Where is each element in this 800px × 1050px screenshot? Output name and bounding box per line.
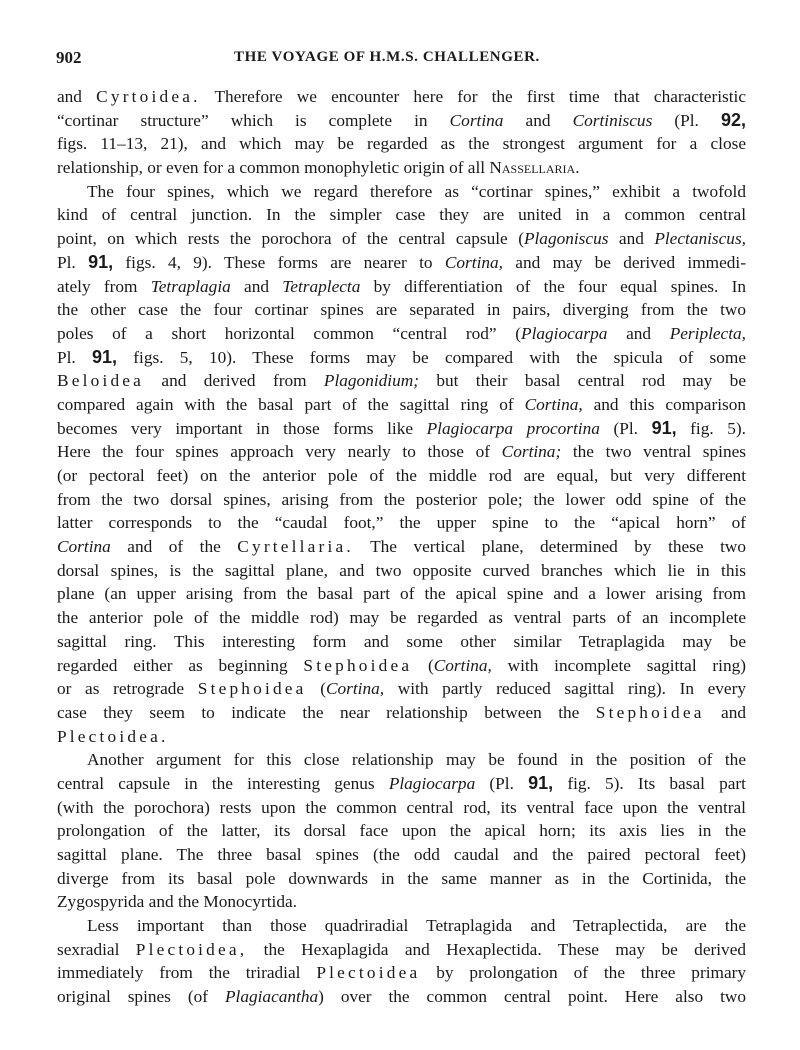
text-line: relationship, or even for a common monop… — [57, 156, 746, 180]
text-run: regarded either as beginning — [57, 656, 303, 675]
genus-name: Cortina, — [434, 656, 492, 675]
text-line: plane (an upper arising from the basal p… — [57, 582, 746, 606]
text-run: or as retrograde — [57, 679, 198, 698]
text-run: and — [608, 229, 654, 248]
text-line: and Cyrtoidea. Therefore we encounter he… — [57, 85, 746, 109]
text-run: case they seem to indicate the near rela… — [57, 703, 596, 722]
text-run: original spines (of — [57, 987, 225, 1006]
text-run: the other case the four cortinar spines … — [57, 300, 746, 319]
text-run: Zygospyrida and the Monocyrtida. — [57, 892, 297, 911]
text-run: Here the four spines approach very nearl… — [57, 442, 502, 461]
text-run: and — [607, 324, 669, 343]
text-run: relationship, or even for a common monop… — [57, 158, 489, 177]
text-line: Beloidea and derived from Plagonidium; b… — [57, 369, 746, 393]
text-run: by prolongation of the three primary — [420, 963, 746, 982]
text-line: “cortinar structure” which is complete i… — [57, 109, 746, 133]
text-run: figs. 5, 10). These forms may be compare… — [117, 348, 746, 367]
taxon-name: Plectoidea. — [57, 727, 169, 746]
text-run: (or pectoral feet) on the anterior pole … — [57, 466, 746, 485]
text-run: (Pl. — [600, 419, 652, 438]
running-title: THE VOYAGE OF H.M.S. CHALLENGER. — [234, 49, 540, 66]
text-run: plane (an upper arising from the basal p… — [57, 584, 746, 603]
genus-name: Plagonidium; — [324, 371, 419, 390]
genus-name: Cortina; — [502, 442, 562, 461]
genus-name: Plagiocarpa procortina — [427, 419, 600, 438]
genus-name: Tetraplagia — [151, 277, 231, 296]
taxon-name: Stephoidea — [303, 656, 412, 675]
text-line: Pl. 91, figs. 4, 9). These forms are nea… — [57, 251, 746, 275]
text-run: (Pl. — [475, 774, 528, 793]
text-line: The four spines, which we regard therefo… — [57, 180, 746, 204]
text-run: immediately from the triradial — [57, 963, 316, 982]
text-run: the Hexaplagida and Hexaplectida. These … — [247, 940, 746, 959]
text-run: from the two dorsal spines, arising from… — [57, 490, 746, 509]
genus-name: Plagiacantha — [225, 987, 318, 1006]
text-line: sagittal ring. This interesting form and… — [57, 630, 746, 654]
genus-name: Plagoniscus — [524, 229, 608, 248]
text-line: figs. 11–13, 21), and which may be regar… — [57, 132, 746, 156]
plate-reference: 91, — [528, 773, 553, 793]
text-line: dorsal spines, is the sagittal plane, an… — [57, 559, 746, 583]
genus-name: Periplecta, — [670, 324, 746, 343]
text-run: Another argument for this close relation… — [87, 750, 746, 769]
text-line: Another argument for this close relation… — [57, 748, 746, 772]
text-line: sexradial Plectoidea, the Hexaplagida an… — [57, 938, 746, 962]
text-run: sagittal ring. This interesting form and… — [57, 632, 746, 651]
text-run: “cortinar structure” which is complete i… — [57, 111, 450, 130]
text-run: The vertical plane, determined by these … — [354, 537, 746, 556]
text-run: and this comparison — [583, 395, 746, 414]
text-run: and — [231, 277, 283, 296]
text-line: from the two dorsal spines, arising from… — [57, 488, 746, 512]
text-line: sagittal plane. The three basal spines (… — [57, 843, 746, 867]
taxon-name: Plectoidea, — [136, 940, 248, 959]
text-line: regarded either as beginning Stephoidea … — [57, 654, 746, 678]
genus-name: Plectaniscus, — [654, 229, 746, 248]
text-run: the anterior pole of the middle rod) may… — [57, 608, 746, 627]
plate-reference: 92, — [721, 110, 746, 130]
text-run: kind of central junction. In the simpler… — [57, 205, 746, 224]
genus-name: Cortiniscus — [573, 111, 653, 130]
text-run: ately from — [57, 277, 151, 296]
text-run: latter corresponds to the “caudal foot,”… — [57, 513, 746, 532]
text-run: diverge from its basal pole downwards in… — [57, 869, 746, 888]
body-text: and Cyrtoidea. Therefore we encounter he… — [57, 85, 746, 1009]
page-number: 902 — [56, 48, 82, 68]
text-line: original spines (of Plagiacantha) over t… — [57, 985, 746, 1009]
text-run: and may be derived immedi- — [503, 253, 746, 272]
text-line: Zygospyrida and the Monocyrtida. — [57, 890, 746, 914]
text-run: poles of a short horizontal common “cent… — [57, 324, 521, 343]
text-line: (or pectoral feet) on the anterior pole … — [57, 464, 746, 488]
text-line: or as retrograde Stephoidea (Cortina, wi… — [57, 677, 746, 701]
text-line: Less important than those quadriradial T… — [57, 914, 746, 938]
text-run: figs. 4, 9). These forms are nearer to — [113, 253, 445, 272]
text-line: Pl. 91, figs. 5, 10). These forms may be… — [57, 346, 746, 370]
text-line: Here the four spines approach very nearl… — [57, 440, 746, 464]
text-run: Pl. — [57, 253, 88, 272]
text-run: Less important than those quadriradial T… — [87, 916, 746, 935]
text-run: with partly reduced sagittal ring). In e… — [384, 679, 746, 698]
plate-reference: 91, — [652, 418, 677, 438]
text-run: ) over the common central point. Here al… — [318, 987, 746, 1006]
text-line: the anterior pole of the middle rod) may… — [57, 606, 746, 630]
genus-name: Plagiocarpa — [521, 324, 607, 343]
text-line: point, on which rests the porochora of t… — [57, 227, 746, 251]
text-run: point, on which rests the porochora of t… — [57, 229, 524, 248]
text-run: fig. 5). — [677, 419, 746, 438]
text-line: ately from Tetraplagia and Tetraplecta b… — [57, 275, 746, 299]
text-run: and — [57, 87, 96, 106]
genus-name: Cortina — [57, 537, 111, 556]
text-line: becomes very important in those forms li… — [57, 417, 746, 441]
text-run: ( — [307, 679, 326, 698]
taxon-name: Cyrtellaria. — [237, 537, 354, 556]
text-run: The four spines, which we regard therefo… — [87, 182, 746, 201]
text-run: with incomplete sagittal ring) — [492, 656, 746, 675]
taxon-name: Stephoidea — [198, 679, 307, 698]
taxon-name: Stephoidea — [596, 703, 705, 722]
text-line: case they seem to indicate the near rela… — [57, 701, 746, 725]
text-run: and — [705, 703, 746, 722]
text-line: the other case the four cortinar spines … — [57, 298, 746, 322]
text-run: sagittal plane. The three basal spines (… — [57, 845, 746, 864]
text-line: poles of a short horizontal common “cent… — [57, 322, 746, 346]
text-run: (with the porochora) rests upon the comm… — [57, 798, 746, 817]
running-header: 902 THE VOYAGE OF H.M.S. CHALLENGER. — [56, 48, 746, 72]
taxon-name: Beloidea — [57, 371, 144, 390]
text-line: compared again with the basal part of th… — [57, 393, 746, 417]
text-run: dorsal spines, is the sagittal plane, an… — [57, 561, 746, 580]
text-run: prolongation of the latter, its dorsal f… — [57, 821, 746, 840]
genus-name: Cortina, — [525, 395, 583, 414]
text-run: the two ventral spines — [561, 442, 746, 461]
text-run: figs. 11–13, 21), and which may be regar… — [57, 134, 746, 153]
plate-reference: 91, — [88, 252, 113, 272]
text-line: diverge from its basal pole downwards in… — [57, 867, 746, 891]
plate-reference: 91, — [92, 347, 117, 367]
text-run: becomes very important in those forms li… — [57, 419, 427, 438]
text-run: (Pl. — [652, 111, 721, 130]
text-run: Nassellaria. — [489, 158, 579, 177]
text-run: sexradial — [57, 940, 136, 959]
genus-name: Tetraplecta — [282, 277, 360, 296]
genus-name: Cortina, — [445, 253, 503, 272]
taxon-name: Cyrtoidea. — [96, 87, 200, 106]
text-run: and of the — [111, 537, 238, 556]
genus-name: Plagiocarpa — [389, 774, 475, 793]
text-run: and — [503, 111, 572, 130]
text-run: Pl. — [57, 348, 92, 367]
text-run: compared again with the basal part of th… — [57, 395, 525, 414]
text-line: kind of central junction. In the simpler… — [57, 203, 746, 227]
text-run: Therefore we encounter here for the firs… — [201, 87, 746, 106]
text-line: Cortina and of the Cyrtellaria. The vert… — [57, 535, 746, 559]
document-page: 902 THE VOYAGE OF H.M.S. CHALLENGER. and… — [0, 0, 800, 1050]
text-run: by differentiation of the four equal spi… — [360, 277, 746, 296]
text-run: ( — [412, 656, 434, 675]
text-run: and derived from — [144, 371, 324, 390]
text-line: immediately from the triradial Plectoide… — [57, 961, 746, 985]
text-line: latter corresponds to the “caudal foot,”… — [57, 511, 746, 535]
text-run: central capsule in the interesting genus — [57, 774, 389, 793]
text-line: Plectoidea. — [57, 725, 746, 749]
text-run: fig. 5). Its basal part — [553, 774, 746, 793]
text-line: (with the porochora) rests upon the comm… — [57, 796, 746, 820]
taxon-name: Plectoidea — [316, 963, 420, 982]
text-run: but their basal central rod may be — [419, 371, 746, 390]
text-line: prolongation of the latter, its dorsal f… — [57, 819, 746, 843]
text-line: central capsule in the interesting genus… — [57, 772, 746, 796]
genus-name: Cortina — [450, 111, 504, 130]
genus-name: Cortina, — [326, 679, 384, 698]
